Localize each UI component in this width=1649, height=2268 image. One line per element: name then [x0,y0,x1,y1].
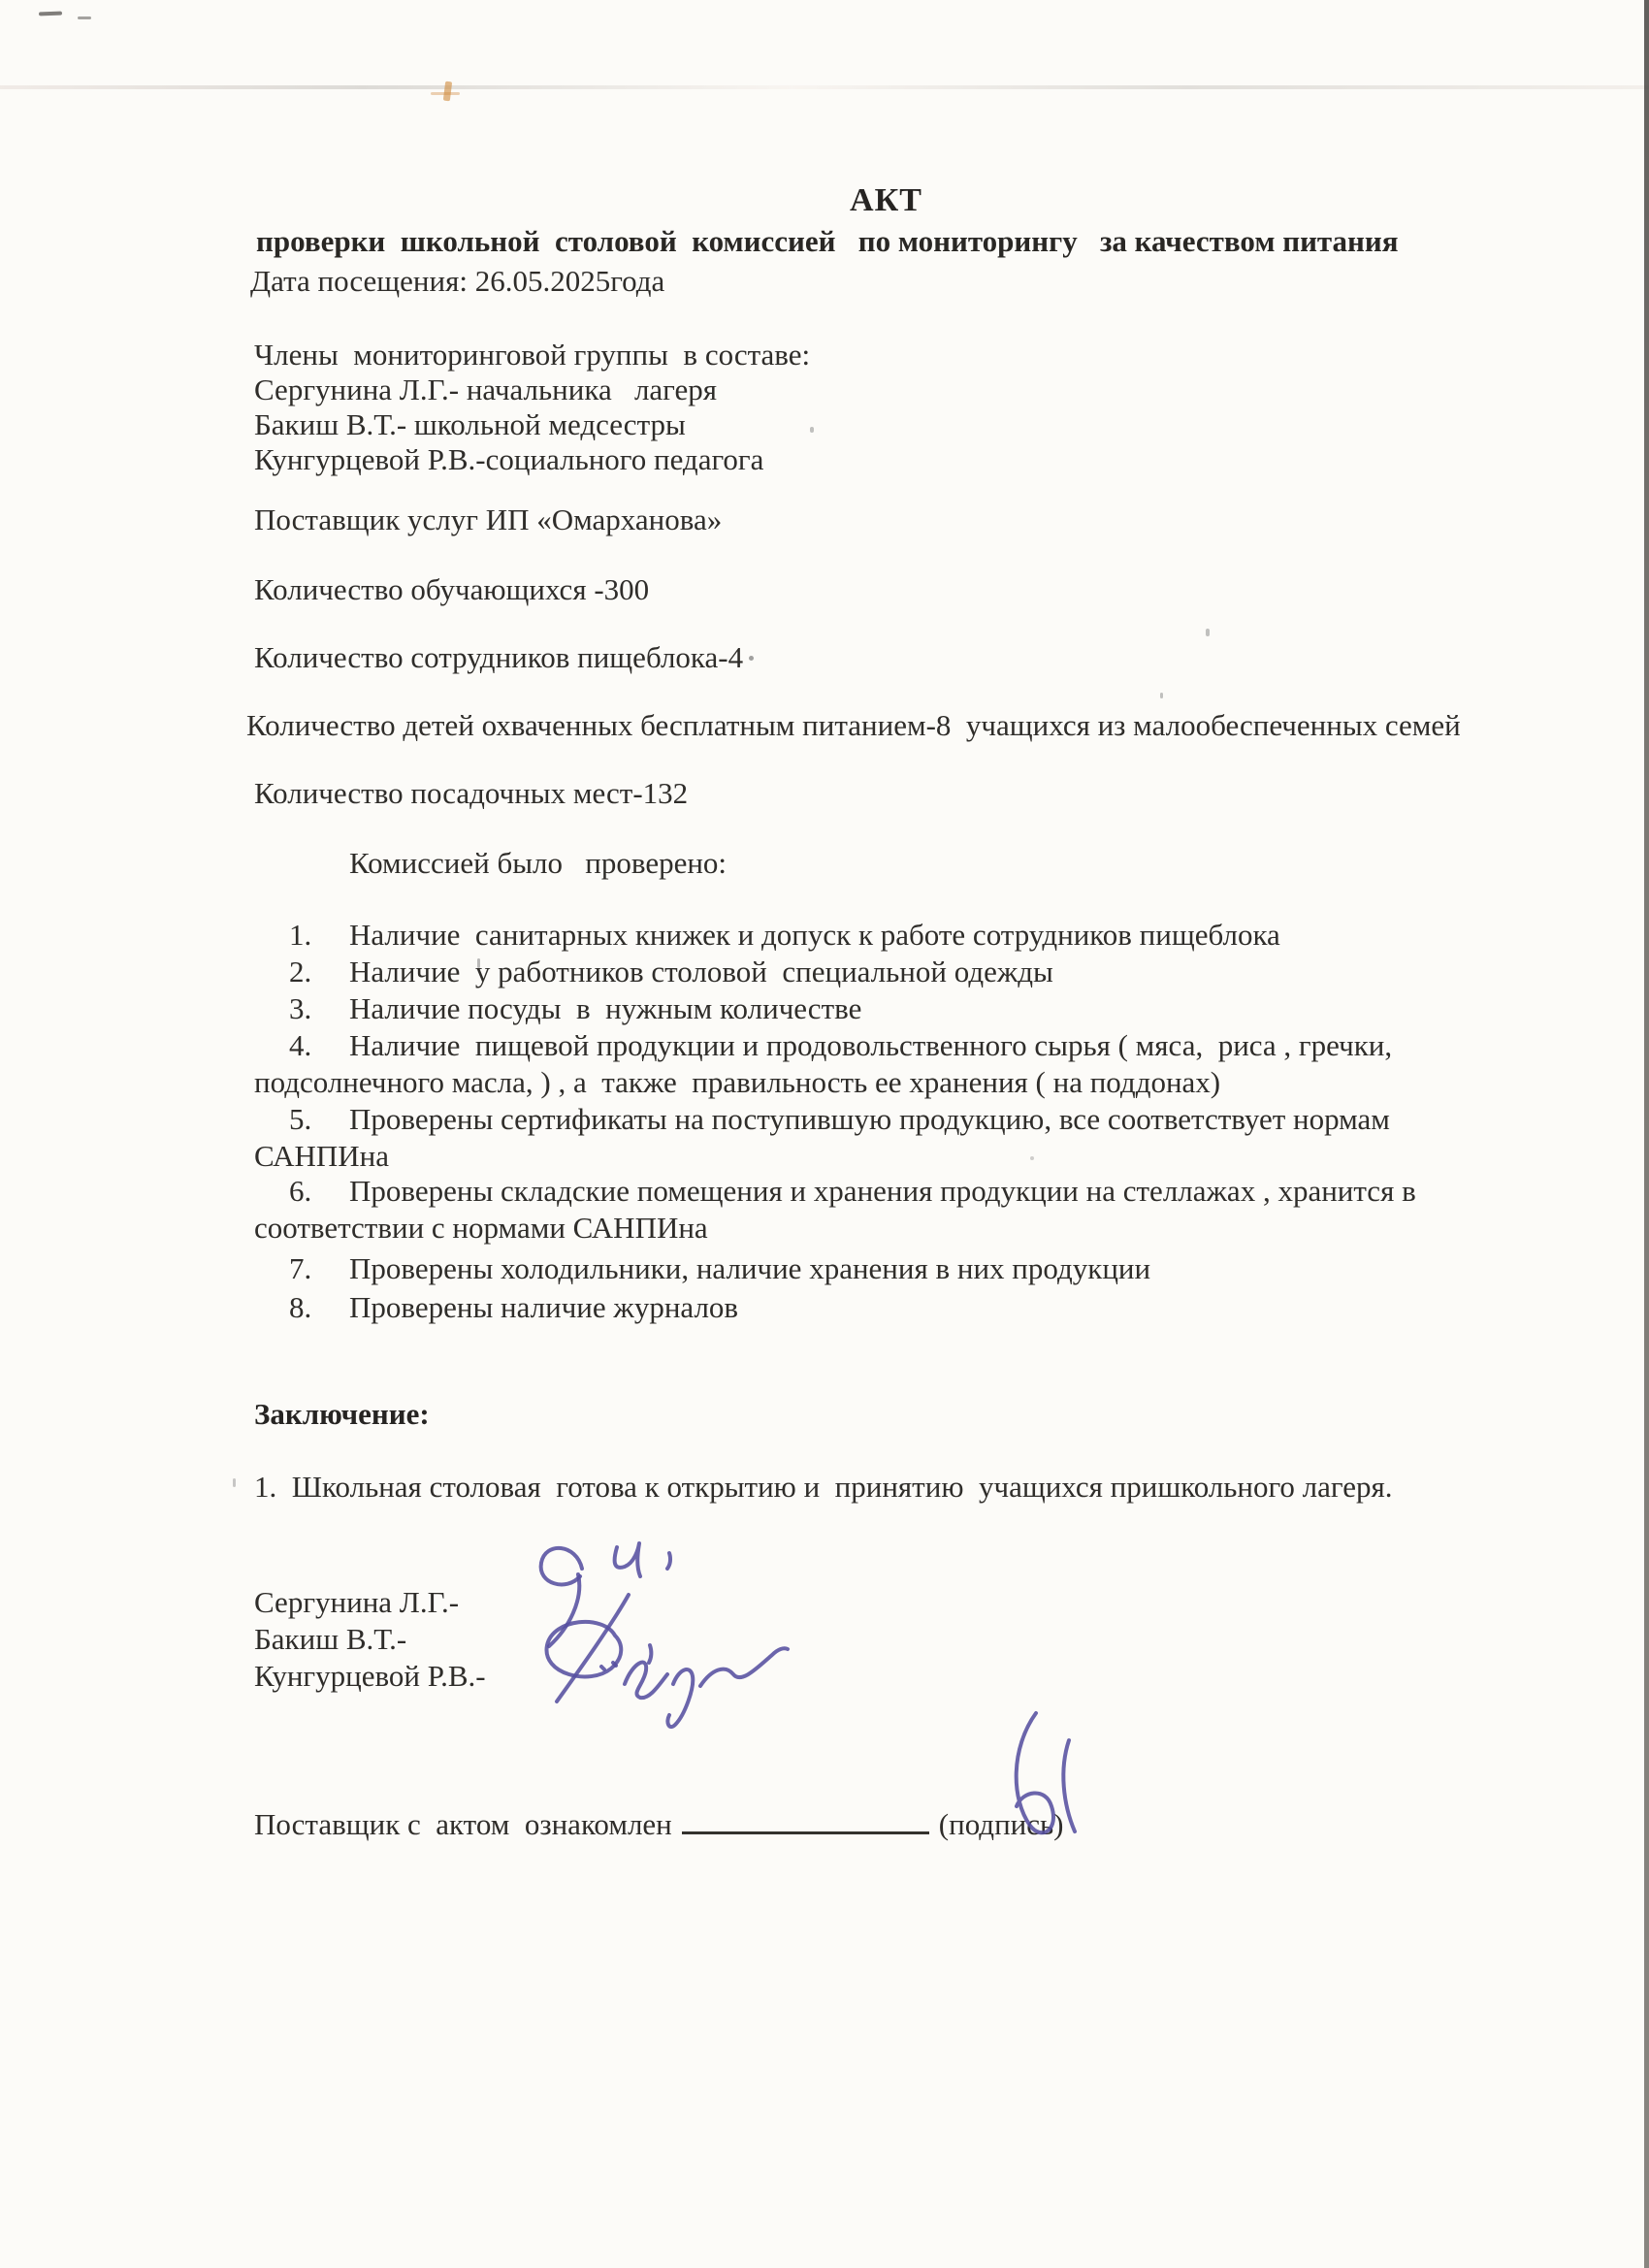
item-text: Проверены складские помещения и хранения… [349,1174,1416,1208]
item-number: 6. [289,1173,349,1210]
signatory-line: Сергунина Л.Г.- [254,1584,486,1621]
item-text: Наличие посуды в нужным количестве [349,991,861,1025]
signatories-list: Сергунина Л.Г.- Бакиш В.Т.- Кунгурцевой … [254,1584,486,1695]
supplier-line: Поставщик услуг ИП «Омарханова» [254,502,722,537]
checked-item: 2.Наличие у работников столовой специаль… [254,954,1554,990]
item-text: Проверены холодильники, наличие хранения… [349,1251,1150,1285]
item-number: 3. [289,990,349,1027]
scan-streak [0,85,1649,89]
scan-speck [39,12,62,16]
signature-kungurtseva [592,1622,815,1748]
checked-item: 5.Проверены сертификаты на поступившую п… [254,1101,1554,1175]
item-text: Наличие пищевой продукции и продовольств… [349,1028,1392,1062]
checked-item: 1.Наличие санитарных книжек и допуск к р… [254,917,1554,954]
member-line: Кунгурцевой Р.В.-социального педагога [254,442,763,477]
item-number: 7. [289,1250,349,1287]
member-line: Бакиш В.Т.- школьной медсестры [254,407,763,442]
members-list: Сергунина Л.Г.- начальника лагеря Бакиш … [254,373,763,477]
item-text: Проверены наличие журналов [349,1290,738,1324]
scan-edge-shadow [1644,0,1649,2268]
item-text: Наличие у работников столовой специально… [349,955,1053,988]
item-number: 1. [289,917,349,954]
item-number: 5. [289,1101,349,1138]
scanned-act-document: АКТ проверки школьной столовой комиссией… [0,0,1649,2268]
checked-heading: Комиссией было проверено: [349,846,727,881]
acknowledgement-suffix: (подпись) [939,1807,1064,1841]
signature-bakish [514,1589,689,1715]
stat-students-count: Количество обучающихся -300 [254,572,649,607]
scan-speck [1206,629,1210,636]
scan-speck [431,92,460,95]
signatory-line: Бакиш В.Т.- [254,1621,486,1658]
checked-item: 6.Проверены складские помещения и хранен… [254,1173,1554,1247]
document-title: АКТ [254,182,1518,219]
conclusion-line: 1. Школьная столовая готова к открытию и… [254,1470,1393,1505]
item-text: подсолнечного масла, ) , а также правиль… [254,1064,1554,1101]
item-number: 8. [289,1289,349,1326]
visit-date-line: Дата посещения: 26.05.2025года [250,264,664,299]
signatory-line: Кунгурцевой Р.В.- [254,1658,486,1695]
item-text: САНПИна [254,1138,1554,1175]
document-subtitle: проверки школьной столовой комиссией по … [256,224,1399,259]
scan-speck [749,656,754,661]
signature-blank-line [682,1802,929,1834]
members-heading: Члены мониторинговой группы в составе: [254,338,810,373]
scan-speck [78,16,91,19]
checked-item: 4.Наличие пищевой продукции и продовольс… [254,1027,1554,1101]
member-line: Сергунина Л.Г.- начальника лагеря [254,373,763,407]
item-text: соответствии с нормами САНПИна [254,1210,1554,1247]
scan-speck [1160,693,1163,698]
acknowledgement-prefix: Поставщик с актом ознакомлен [254,1807,672,1841]
acknowledgement-line: Поставщик с актом ознакомлен(подпись) [254,1802,1063,1842]
scan-speck [233,1478,236,1487]
checked-item: 3.Наличие посуды в нужным количестве [254,990,1554,1027]
signature-sergunina [524,1528,708,1673]
checked-item: 7.Проверены холодильники, наличие хранен… [254,1250,1554,1287]
stat-free-meals-count: Количество детей охваченных бесплатным п… [246,708,1461,743]
checked-item: 8.Проверены наличие журналов [254,1289,1554,1326]
item-number: 4. [289,1027,349,1064]
scan-speck [810,427,814,433]
scan-speck [443,81,452,102]
item-text: Наличие санитарных книжек и допуск к раб… [349,918,1280,952]
conclusion-heading: Заключение: [254,1397,430,1432]
item-number: 2. [289,954,349,990]
stat-kitchen-staff-count: Количество сотрудников пищеблока-4 [254,640,743,675]
stat-seats-count: Количество посадочных мест-132 [254,776,688,811]
item-text: Проверены сертификаты на поступившую про… [349,1102,1390,1136]
